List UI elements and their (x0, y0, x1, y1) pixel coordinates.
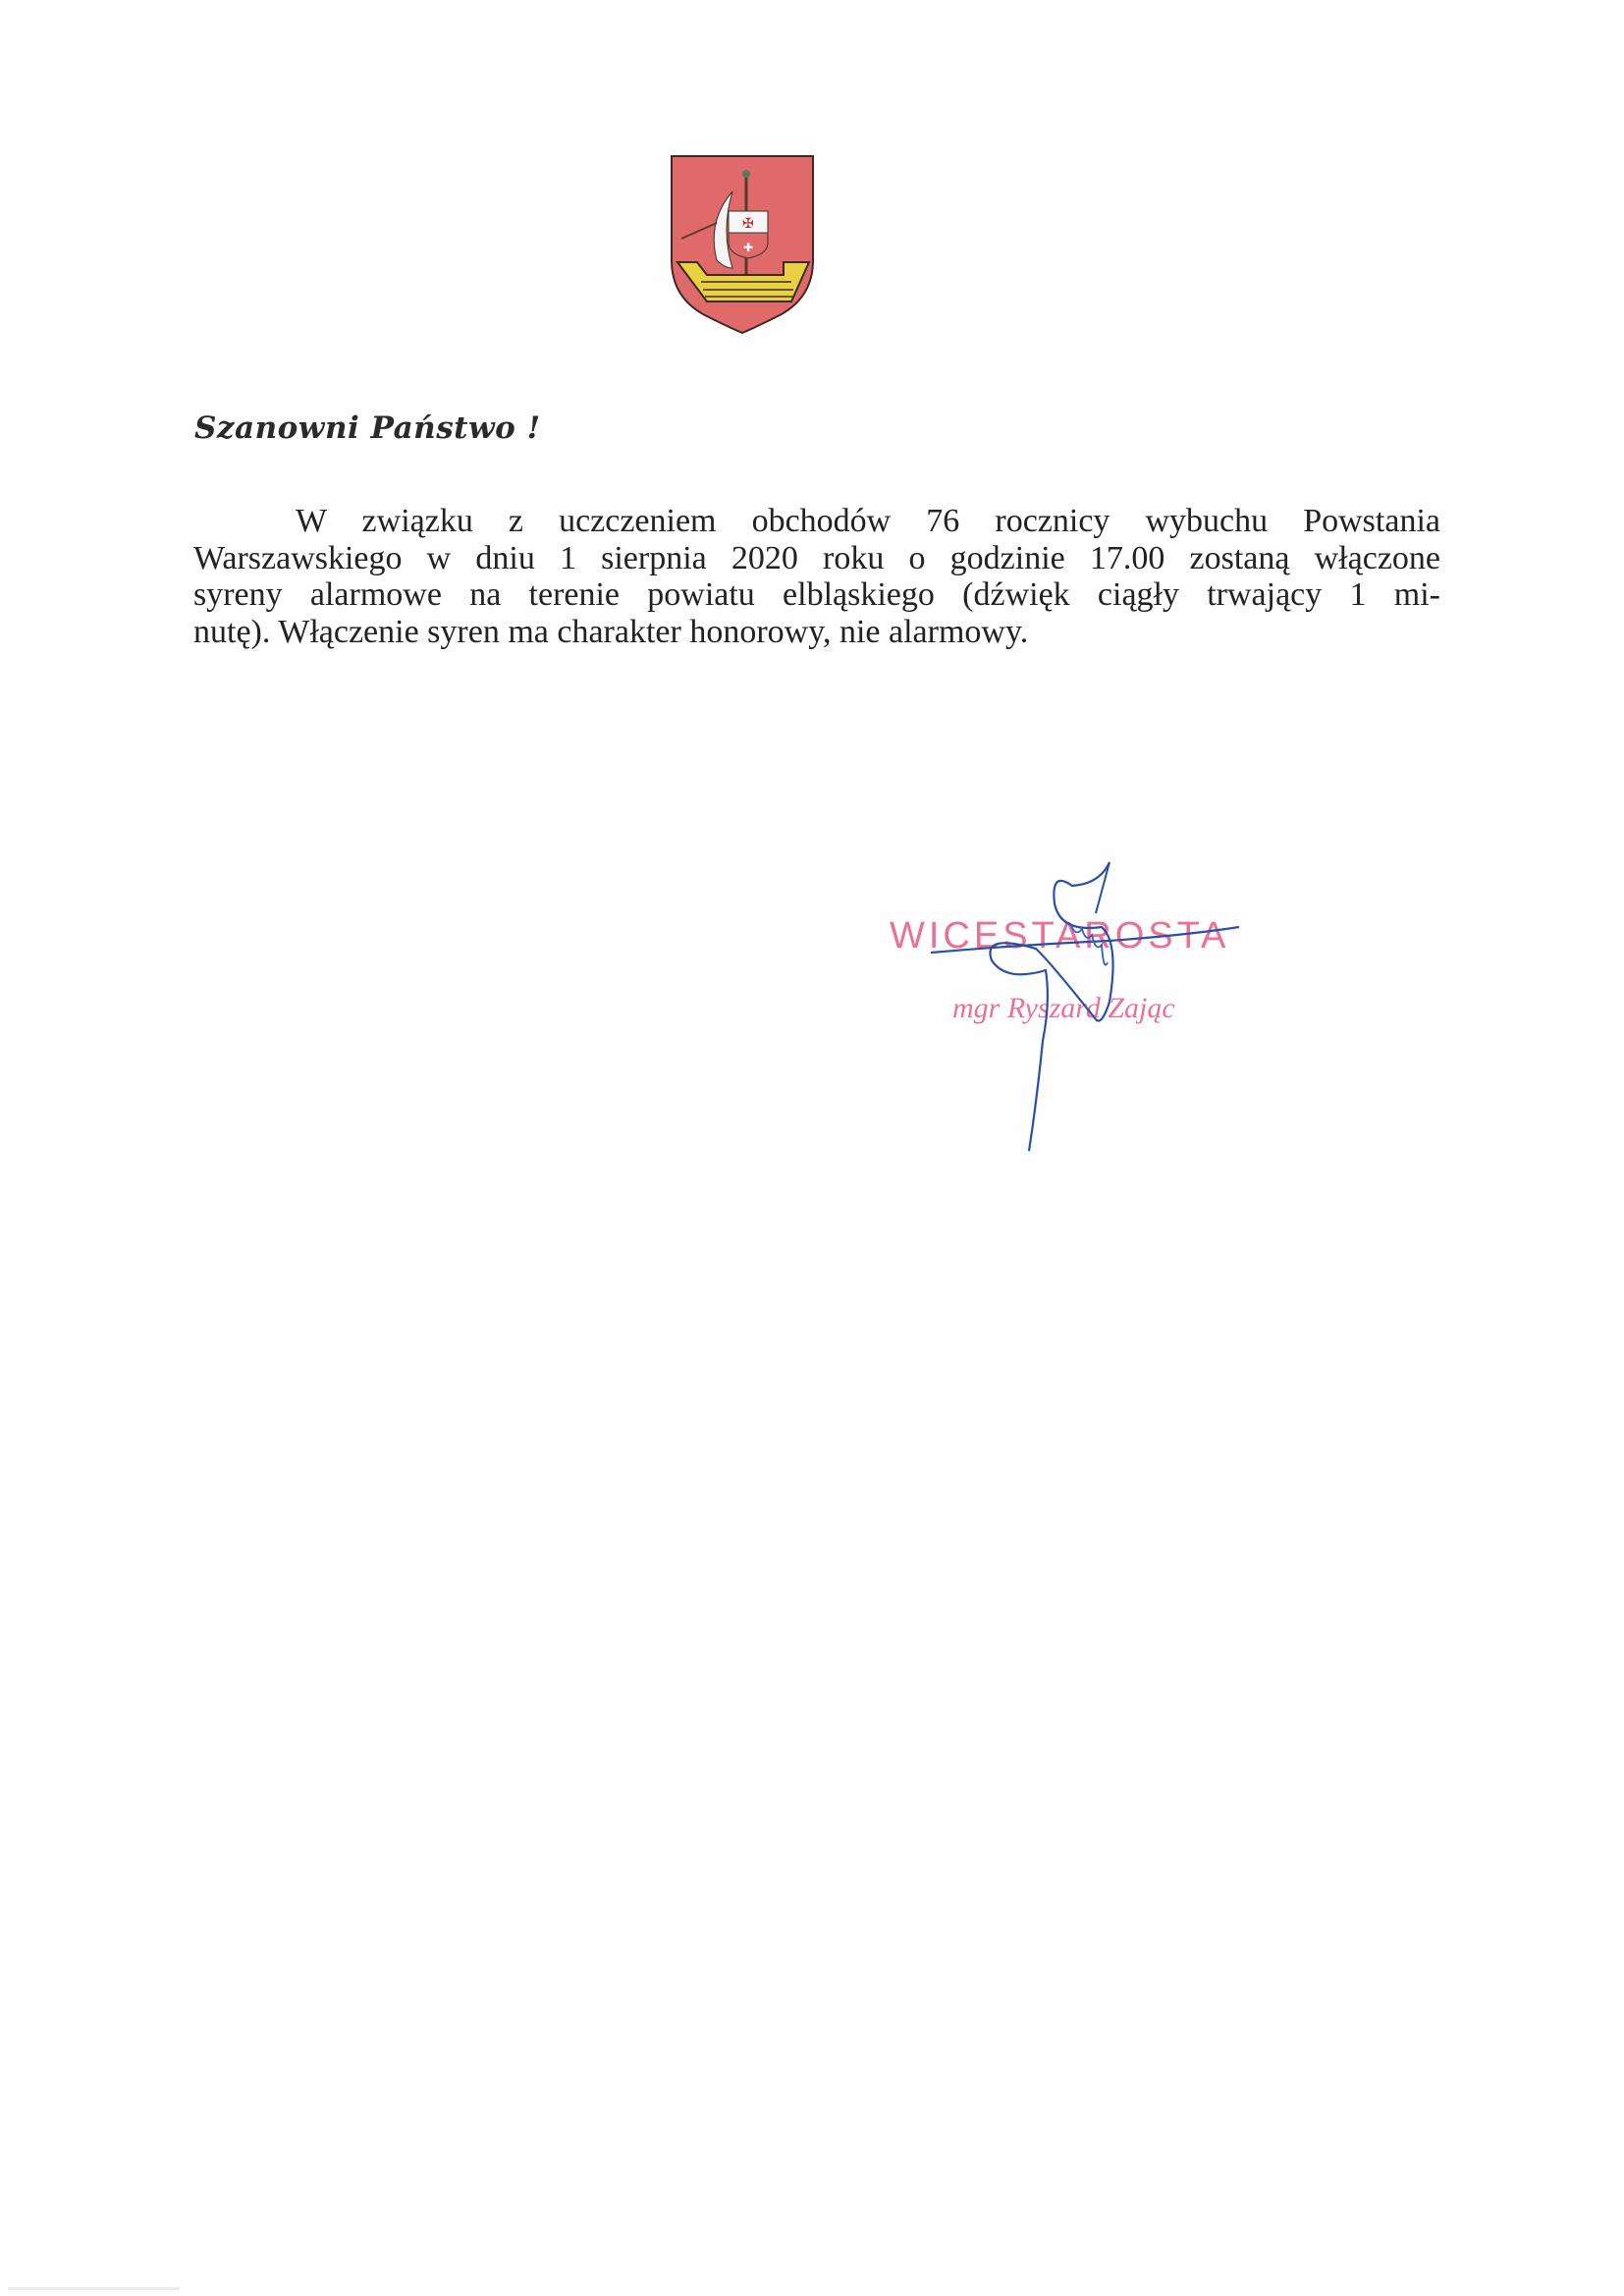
document-page: ✠ ✚ Szanowni Państwo ! W związku z uczcz… (0, 0, 1624, 2296)
svg-text:✠: ✠ (742, 216, 754, 232)
letter-greeting: Szanowni Państwo ! (194, 410, 541, 446)
body-line: syreny alarmowe na terenie powiatu elblą… (193, 576, 1440, 614)
letter-body: W związku z uczczeniem obchodów 76 roczn… (193, 503, 1440, 650)
coat-of-arms-icon: ✠ ✚ (668, 152, 817, 335)
svg-text:✚: ✚ (743, 241, 753, 254)
body-line: Warszawskiego w dniu 1 sierpnia 2020 rok… (193, 540, 1440, 577)
handwritten-signature-icon (874, 845, 1267, 1169)
scan-artifact (8, 2287, 180, 2290)
official-stamp: WICESTAROSTA mgr Ryszard Zając (874, 845, 1267, 1169)
body-line: W związku z uczczeniem obchodów 76 roczn… (193, 503, 1440, 540)
body-line: nutę). Włączenie syren ma charakter hono… (193, 614, 1440, 651)
